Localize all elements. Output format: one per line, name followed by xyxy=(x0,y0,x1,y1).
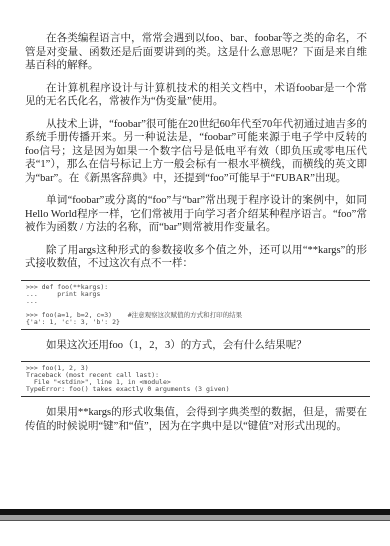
document-content: 在各类编程语言中，常常会遇到以foo、bar、foobar等之类的命名，不管是对… xyxy=(0,0,390,433)
code-line: TypeError: foo() takes exactly 0 argumen… xyxy=(26,386,368,393)
paragraph-kargs-intro: 除了用args这种形式的参数接收多个值之外，还可以用“**kargs”的形式接收… xyxy=(25,244,367,271)
paragraph-foobar-definition: 在计算机程序设计与计算机技术的相关文档中，术语foobar是一个常见的无名氏化名… xyxy=(25,82,367,109)
paragraph-intro: 在各类编程语言中，常常会遇到以foo、bar、foobar等之类的命名，不管是对… xyxy=(25,32,367,73)
code-block-kargs-example: >>> def foo(**kargs): ... print kargs ..… xyxy=(21,280,370,330)
paragraph-foobar-usage: 单词“foobar”或分离的“foo”与“bar”常出现于程序设计的案例中，如同… xyxy=(25,194,367,235)
code-line: {'a': 1, 'c': 3, 'b': 2} xyxy=(26,319,368,326)
code-block-typeerror-example: >>> foo(1, 2, 3) Traceback (most recent … xyxy=(21,361,370,397)
paragraph-foobar-history: 从技术上讲，“foobar”很可能在20世纪60年代至70年代初通过迪吉多的系统… xyxy=(25,118,367,186)
code-line: ... print kargs xyxy=(26,291,368,298)
document-page: 在各类编程语言中，常常会遇到以foo、bar、foobar等之类的命名，不管是对… xyxy=(0,0,390,546)
page-gap-shadow xyxy=(0,515,390,521)
paragraph-conclusion: 如果用**kargs的形式收集值，会得到字典类型的数据，但是，需要在传值的时候说… xyxy=(25,406,367,433)
paragraph-question: 如果这次还用foo（1，2，3）的方式，会有什么结果呢？ xyxy=(25,339,367,353)
code-line: ... xyxy=(26,298,368,305)
